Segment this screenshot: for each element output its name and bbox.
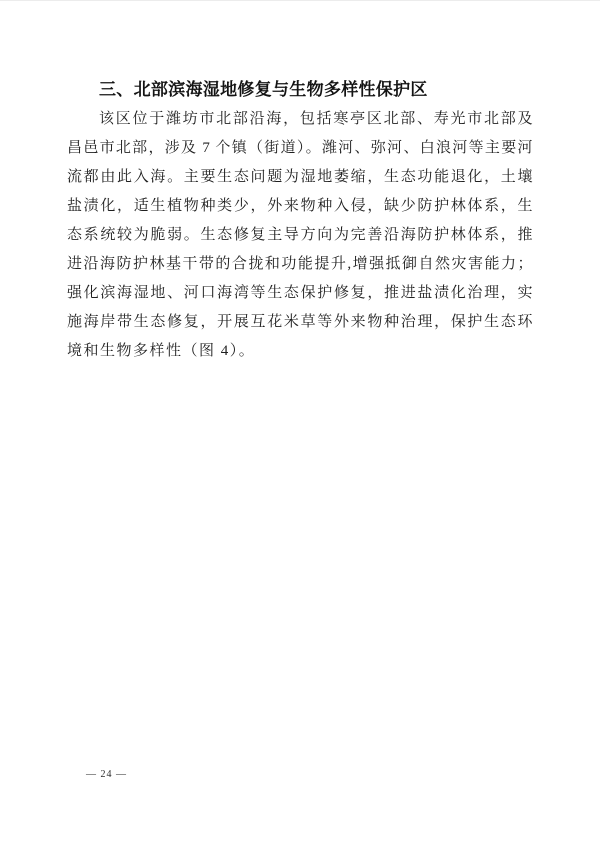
paragraph-line: 昌邑市北部，涉及 7 个镇（街道）。潍河、弥河、白浪河等主要河 [67,134,533,163]
page-number: — 24 — [86,769,127,780]
document-page: 三、北部滨海湿地修复与生物多样性保护区 该区位于潍坊市北部沿海，包括寒亭区北部、… [0,0,600,848]
paragraph-line: 进沿海防护林基干带的合拢和功能提升,增强抵御自然灾害能力； [67,250,533,279]
paragraph-line: 境和生物多样性（图 4）。 [67,337,533,366]
paragraph-line: 该区位于潍坊市北部沿海，包括寒亭区北部、寿光市北部及 [67,105,533,134]
paragraph-line: 强化滨海湿地、河口海湾等生态保护修复，推进盐渍化治理，实 [67,279,533,308]
paragraph-line: 流都由此入海。主要生态问题为湿地萎缩，生态功能退化，土壤 [67,163,533,192]
body-paragraph: 该区位于潍坊市北部沿海，包括寒亭区北部、寿光市北部及 昌邑市北部，涉及 7 个镇… [67,105,533,366]
paragraph-line: 施海岸带生态修复，开展互花米草等外来物种治理，保护生态环 [67,308,533,337]
paragraph-line: 盐渍化，适生植物种类少，外来物种入侵，缺少防护林体系，生 [67,192,533,221]
document-content: 三、北部滨海湿地修复与生物多样性保护区 该区位于潍坊市北部沿海，包括寒亭区北部、… [67,77,533,366]
paragraph-line: 态系统较为脆弱。生态修复主导方向为完善沿海防护林体系，推 [67,221,533,250]
section-heading: 三、北部滨海湿地修复与生物多样性保护区 [67,77,533,103]
